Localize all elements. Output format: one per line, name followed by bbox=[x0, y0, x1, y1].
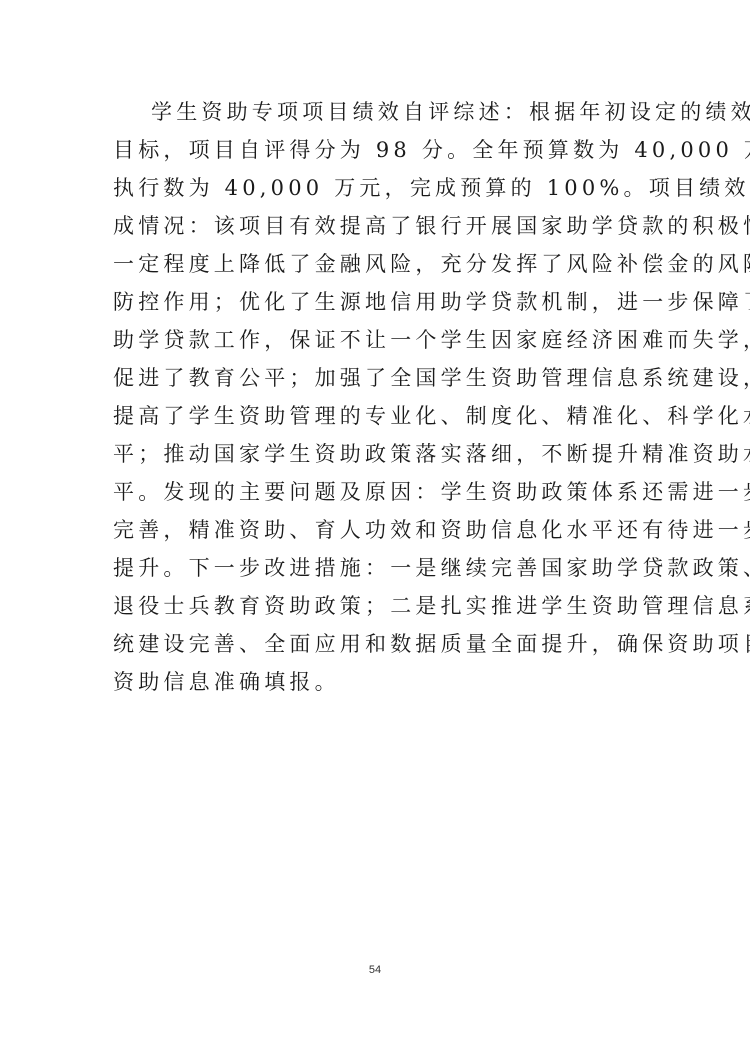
paragraph-line: 完善，精准资助、育人功效和资助信息化水平还有待进一步 bbox=[113, 511, 653, 549]
document-page: 学生资助专项项目绩效自评综述：根据年初设定的绩效 目标，项目自评得分为 98 分… bbox=[0, 0, 750, 1060]
performance-summary-paragraph: 学生资助专项项目绩效自评综述：根据年初设定的绩效 目标，项目自评得分为 98 分… bbox=[113, 93, 653, 701]
paragraph-line: 资助信息准确填报。 bbox=[113, 663, 653, 701]
paragraph-line: 成情况：该项目有效提高了银行开展国家助学贷款的积极性， bbox=[113, 207, 653, 245]
paragraph-line: 退役士兵教育资助政策；二是扎实推进学生资助管理信息系 bbox=[113, 587, 653, 625]
paragraph-line: 统建设完善、全面应用和数据质量全面提升，确保资助项目、 bbox=[113, 625, 653, 663]
paragraph-line: 提高了学生资助管理的专业化、制度化、精准化、科学化水 bbox=[113, 397, 653, 435]
paragraph-line: 提升。下一步改进措施：一是继续完善国家助学贷款政策、 bbox=[113, 549, 653, 587]
paragraph-line: 学生资助专项项目绩效自评综述：根据年初设定的绩效 bbox=[113, 93, 653, 131]
paragraph-line: 平。发现的主要问题及原因：学生资助政策体系还需进一步 bbox=[113, 473, 653, 511]
paragraph-line: 助学贷款工作，保证不让一个学生因家庭经济困难而失学， bbox=[113, 321, 653, 359]
paragraph-line: 执行数为 40,000 万元，完成预算的 100%。项目绩效目标完 bbox=[113, 169, 653, 207]
page-number: 54 bbox=[0, 964, 750, 976]
paragraph-line: 目标，项目自评得分为 98 分。全年预算数为 40,000 万元， bbox=[113, 131, 653, 169]
paragraph-line: 平；推动国家学生资助政策落实落细，不断提升精准资助水 bbox=[113, 435, 653, 473]
paragraph-line: 防控作用；优化了生源地信用助学贷款机制，进一步保障了 bbox=[113, 283, 653, 321]
paragraph-line: 促进了教育公平；加强了全国学生资助管理信息系统建设， bbox=[113, 359, 653, 397]
paragraph-line: 一定程度上降低了金融风险，充分发挥了风险补偿金的风险 bbox=[113, 245, 653, 283]
